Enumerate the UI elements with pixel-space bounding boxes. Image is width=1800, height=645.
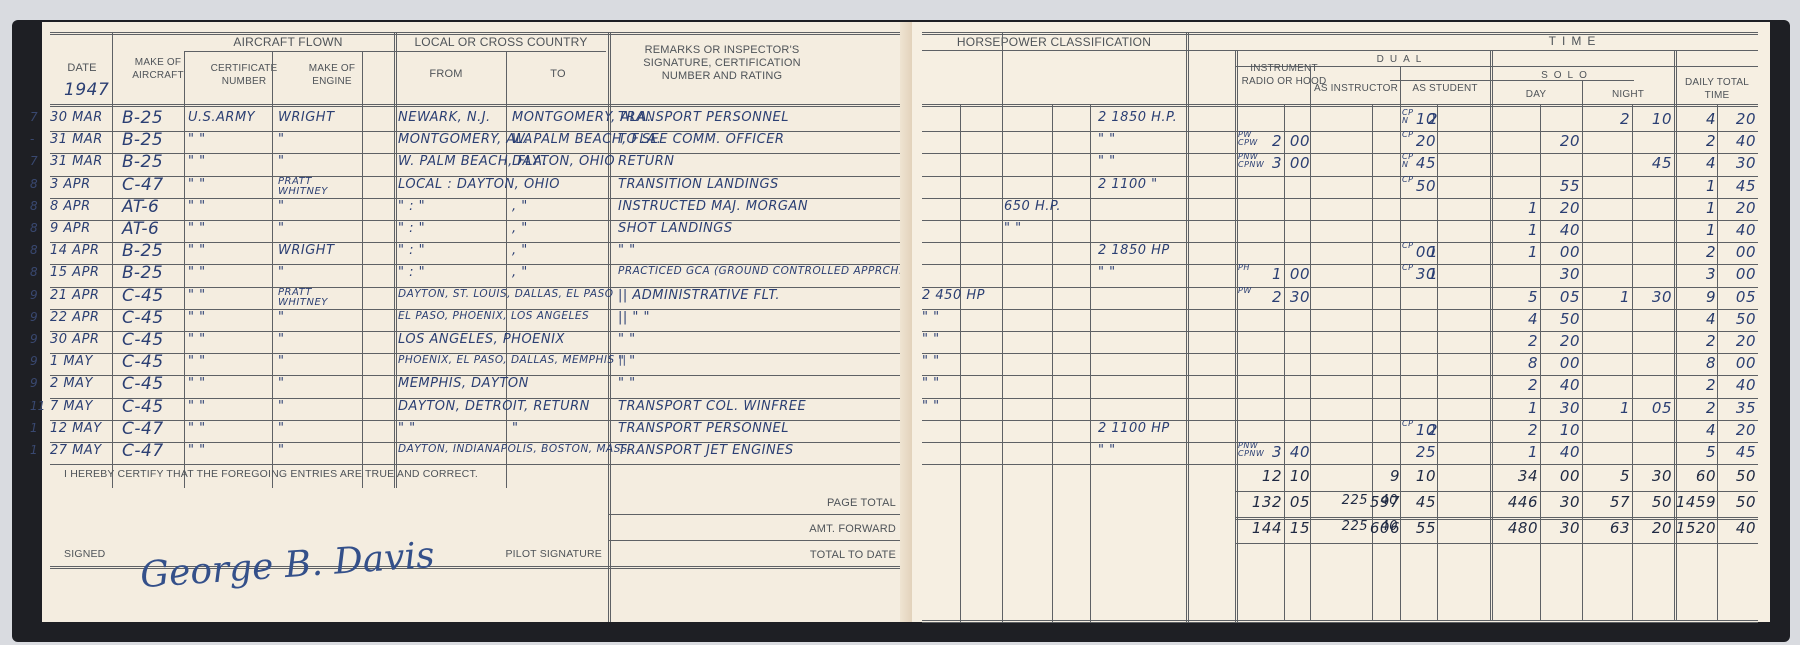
route-from: " : ": [398, 221, 425, 236]
solo-night-minutes: 30: [1634, 288, 1672, 306]
header-day: DAY: [1490, 88, 1582, 101]
instrument-minutes: 00: [1286, 265, 1310, 283]
certificate-number: " ": [188, 332, 206, 347]
rule: [922, 176, 1758, 177]
entry-date: 21 APR: [50, 288, 99, 303]
engine-make: ": [278, 376, 284, 391]
engine-make: ": [278, 399, 284, 414]
solo-day-hours: 8: [1496, 354, 1538, 372]
solo-day-minutes: 10: [1542, 421, 1580, 439]
route-from: LOCAL : DAYTON, OHIO: [398, 177, 560, 192]
solo-day-minutes: 20: [1542, 332, 1580, 350]
margin-mark: 9: [30, 376, 38, 390]
total-student-hours: 9: [1352, 467, 1400, 485]
route-from: EL PASO, PHOENIX, LOS ANGELES: [398, 310, 589, 322]
route-from: PHOENIX, EL PASO, DALLAS, MEMPHIS ||: [398, 354, 627, 366]
hp-450: " ": [922, 376, 1002, 391]
solo-day-hours: 2: [1496, 332, 1538, 350]
entry-date: 1 MAY: [50, 354, 93, 369]
total-night-minutes: 20: [1634, 519, 1672, 537]
hp-650: 650 H.P.: [1004, 199, 1094, 214]
total-night-hours: 57: [1584, 493, 1630, 511]
total-time-minutes: 50: [1718, 467, 1756, 485]
rule: [922, 153, 1758, 154]
rule: [1582, 80, 1583, 620]
student-minutes: 45: [1412, 154, 1436, 172]
margin-mark: 1: [30, 443, 38, 457]
entry-date: 30 MAR: [50, 110, 103, 125]
total-instrument-hours: 12: [1238, 467, 1282, 485]
remarks: || ADMINISTRATIVE FLT.: [618, 288, 780, 303]
daily-total-minutes: 50: [1718, 310, 1756, 328]
margin-mark: 9: [30, 354, 38, 368]
daily-total-minutes: 30: [1718, 154, 1756, 172]
entry-date: 8 APR: [50, 199, 91, 214]
solo-day-hours: 2: [1496, 421, 1538, 439]
total-day-hours: 480: [1492, 519, 1538, 537]
total-instrument-minutes: 15: [1286, 519, 1310, 537]
solo-night-minutes: 05: [1634, 399, 1672, 417]
aircraft-make: B-25: [122, 152, 163, 172]
total-night-minutes: 50: [1634, 493, 1672, 511]
right-page: HORSEPOWER CLASSIFICATION TIME INSTRUMEN…: [912, 22, 1770, 622]
route-from: NEWARK, N.J.: [398, 110, 491, 125]
remarks: TRANSPORT JET ENGINES: [618, 443, 794, 458]
remarks: RETURN: [618, 154, 674, 169]
certificate-number: " ": [188, 443, 206, 458]
margin-mark: -: [30, 132, 34, 146]
rule: [922, 375, 1758, 376]
daily-total-minutes: 20: [1718, 421, 1756, 439]
header-remarks: REMARKS OR INSPECTOR'S SIGNATURE, CERTIF…: [622, 44, 822, 83]
hp-450: " ": [922, 332, 1002, 347]
solo-day-minutes: 00: [1542, 243, 1580, 261]
rule: [922, 420, 1758, 421]
certificate-number: " ": [188, 310, 206, 325]
solo-day-minutes: 40: [1542, 443, 1580, 461]
year: 1947: [64, 80, 109, 100]
certificate-number: " ": [188, 376, 206, 391]
instrument-minutes: 00: [1286, 132, 1310, 150]
margin-mark: 7: [30, 110, 38, 124]
certificate-number: " ": [188, 221, 206, 236]
daily-total-minutes: 45: [1718, 177, 1756, 195]
remarks: PRACTICED GCA (GROUND CONTROLLED APPRCH.…: [618, 265, 907, 277]
instrument-minutes: 00: [1286, 154, 1310, 172]
total-time-hours: 1459: [1674, 493, 1716, 511]
daily-total-minutes: 05: [1718, 288, 1756, 306]
student-minutes: 20: [1412, 132, 1436, 150]
solo-night-minutes: 10: [1634, 110, 1672, 128]
engine-make: ": [278, 443, 284, 458]
route-to: , ": [512, 199, 528, 214]
daily-total-minutes: 00: [1718, 243, 1756, 261]
margin-mark: 9: [30, 288, 38, 302]
daily-total-hours: 4: [1678, 421, 1716, 439]
margin-mark: 11: [30, 399, 45, 413]
certificate-number: " ": [188, 421, 206, 436]
instrument-hours: 2: [1242, 288, 1282, 306]
rule: [50, 104, 906, 107]
rule: [1310, 66, 1311, 620]
solo-day-hours: 1: [1496, 443, 1538, 461]
daily-total-minutes: 40: [1718, 221, 1756, 239]
header-date: DATE: [56, 62, 108, 75]
daily-total-hours: 1: [1678, 177, 1716, 195]
aircraft-make: C-45: [122, 330, 164, 350]
entry-date: 2 MAY: [50, 376, 93, 391]
rule: [1052, 104, 1053, 622]
hp-1850: 2 1850 HP: [1098, 243, 1188, 258]
daily-total-hours: 3: [1678, 265, 1716, 283]
header-from: FROM: [394, 68, 498, 81]
rule: [50, 242, 906, 243]
rule: [184, 51, 185, 488]
hp-650: " ": [1004, 221, 1094, 236]
margin-mark: 8: [30, 265, 38, 279]
total-instrument-minutes: 10: [1286, 467, 1310, 485]
certificate-number: " ": [188, 177, 206, 192]
engine-make: PRATT WHITNEY: [278, 177, 358, 197]
route-from: " : ": [398, 265, 425, 280]
aircraft-make: C-45: [122, 374, 164, 394]
engine-make: ": [278, 199, 284, 214]
total-day-hours: 34: [1492, 467, 1538, 485]
daily-total-minutes: 40: [1718, 376, 1756, 394]
entry-date: 12 MAY: [50, 421, 102, 436]
remarks: || " ": [618, 310, 650, 325]
rule: [922, 50, 1758, 51]
remarks: TRANSPORT PERSONNEL: [618, 110, 789, 125]
total-night-minutes: 30: [1634, 467, 1672, 485]
route-from: LOS ANGELES, PHOENIX: [398, 332, 565, 347]
rule: [50, 464, 906, 465]
hp-1850: " ": [1098, 154, 1188, 169]
aircraft-make: B-25: [122, 241, 163, 261]
rule: [922, 242, 1758, 243]
daily-total-hours: 1: [1678, 221, 1716, 239]
remarks: " ": [618, 354, 636, 369]
route-from: " : ": [398, 243, 425, 258]
certificate-number: " ": [188, 243, 206, 258]
student-minutes: 50: [1412, 177, 1436, 195]
margin-mark: 7: [30, 154, 38, 168]
margin-mark: 9: [30, 310, 38, 324]
solo-day-hours: 2: [1496, 376, 1538, 394]
aircraft-make: C-45: [122, 352, 164, 372]
solo-day-minutes: 55: [1542, 177, 1580, 195]
entry-date: 31 MAR: [50, 132, 103, 147]
solo-day-minutes: 50: [1542, 310, 1580, 328]
daily-total-hours: 5: [1678, 443, 1716, 461]
total-day-minutes: 30: [1542, 519, 1580, 537]
certificate-number: " ": [188, 154, 206, 169]
remarks: " ": [618, 332, 636, 347]
engine-make: ": [278, 354, 284, 369]
margin-mark: 1: [30, 421, 38, 435]
solo-day-minutes: 05: [1542, 288, 1580, 306]
aircraft-make: C-45: [122, 286, 164, 306]
daily-total-hours: 2: [1678, 243, 1716, 261]
rule: [1235, 491, 1758, 492]
total-time-hours: 1520: [1674, 519, 1716, 537]
student-minutes: 25: [1412, 443, 1436, 461]
solo-day-minutes: 20: [1542, 199, 1580, 217]
total-time-minutes: 40: [1718, 519, 1756, 537]
student-minutes: 00: [1412, 243, 1436, 261]
rule: [922, 442, 1758, 443]
rule: [922, 131, 1758, 132]
rule: [922, 331, 1758, 332]
instrument-hours: 3: [1242, 154, 1282, 172]
route-to: , ": [512, 221, 528, 236]
header-horsepower: HORSEPOWER CLASSIFICATION: [922, 36, 1186, 49]
solo-day-minutes: 40: [1542, 221, 1580, 239]
daily-total-minutes: 20: [1718, 199, 1756, 217]
engine-make: ": [278, 265, 284, 280]
daily-total-minutes: 40: [1718, 132, 1756, 150]
daily-total-hours: 2: [1678, 399, 1716, 417]
route-from: DAYTON, ST. LOUIS, DALLAS, EL PASO: [398, 288, 614, 300]
solo-day-hours: 1: [1496, 199, 1538, 217]
certificate-number: U.S.ARMY: [188, 110, 255, 125]
route-from: DAYTON, INDIANAPOLIS, BOSTON, MASS.: [398, 443, 632, 455]
engine-make: WRIGHT: [278, 243, 335, 258]
entry-date: 27 MAY: [50, 443, 102, 458]
engine-make: WRIGHT: [278, 110, 335, 125]
total-night-hours: 63: [1584, 519, 1630, 537]
route-from: " : ": [398, 199, 425, 214]
hp-1850: 2 1100 ": [1098, 177, 1188, 192]
total-student-minutes: 10: [1412, 467, 1436, 485]
aircraft-make: C-45: [122, 397, 164, 417]
instrument-minutes: 30: [1286, 288, 1310, 306]
total-day-hours: 446: [1492, 493, 1538, 511]
certificate-number: " ": [188, 132, 206, 147]
entry-date: 9 APR: [50, 221, 91, 236]
engine-make: ": [278, 421, 284, 436]
hp-450: 2 450 HP: [922, 288, 1002, 303]
engine-make: PRATT WHITNEY: [278, 288, 358, 308]
solo-day-hours: 5: [1496, 288, 1538, 306]
margin-mark: 8: [30, 177, 38, 191]
margin-mark: 9: [30, 332, 38, 346]
solo-day-minutes: 30: [1542, 265, 1580, 283]
entry-date: 3 APR: [50, 177, 91, 192]
daily-total-hours: 4: [1678, 310, 1716, 328]
certificate-number: " ": [188, 354, 206, 369]
remarks: " ": [618, 376, 636, 391]
route-from: " ": [398, 421, 416, 436]
remarks: " ": [618, 243, 636, 258]
total-time-minutes: 50: [1718, 493, 1756, 511]
engine-make: ": [278, 154, 284, 169]
certificate-number: " ": [188, 199, 206, 214]
pilot-signature-label: PILOT SIGNATURE: [462, 548, 602, 561]
rule: [362, 51, 363, 488]
student-minutes: 10: [1412, 421, 1436, 439]
solo-day-minutes: 20: [1542, 132, 1580, 150]
header-solo: SOLO: [1492, 69, 1642, 82]
rule: [608, 514, 906, 515]
hp-1850: " ": [1098, 443, 1188, 458]
rule: [50, 220, 906, 221]
route-to: ": [512, 421, 518, 436]
rule: [922, 309, 1758, 310]
solo-day-hours: 1: [1496, 399, 1538, 417]
route-from: MEMPHIS, DAYTON: [398, 376, 529, 391]
daily-total-minutes: 45: [1718, 443, 1756, 461]
engine-make: ": [278, 310, 284, 325]
remarks: TRANSITION LANDINGS: [618, 177, 779, 192]
instrument-hours: 2: [1242, 132, 1282, 150]
daily-total-minutes: 00: [1718, 354, 1756, 372]
solo-night-hours: 2: [1586, 110, 1630, 128]
rule: [922, 353, 1758, 354]
entry-date: 31 MAR: [50, 154, 103, 169]
daily-total-hours: 2: [1678, 332, 1716, 350]
rule: [922, 464, 1758, 465]
daily-total-hours: 8: [1678, 354, 1716, 372]
total-student-minutes: 45: [1412, 493, 1436, 511]
solo-night-minutes: 45: [1634, 154, 1672, 172]
total-instrument-hours: 132: [1238, 493, 1282, 511]
entry-date: 22 APR: [50, 310, 99, 325]
engine-make: ": [278, 132, 284, 147]
total-instrument-minutes: 05: [1286, 493, 1310, 511]
certificate-number: " ": [188, 288, 206, 303]
hp-1850: " ": [1098, 132, 1188, 147]
route-to: , ": [512, 243, 528, 258]
solo-day-hours: 1: [1496, 221, 1538, 239]
instrument-minutes: 40: [1286, 443, 1310, 461]
hp-450: " ": [922, 354, 1002, 369]
total-day-minutes: 00: [1542, 467, 1580, 485]
header-night: NIGHT: [1582, 88, 1674, 101]
instrument-hours: 3: [1242, 443, 1282, 461]
rule: [272, 51, 273, 488]
rule: [922, 264, 1758, 265]
total-student-hours: 597: [1352, 493, 1400, 511]
certificate-number: " ": [188, 399, 206, 414]
aircraft-make: AT-6: [122, 219, 159, 239]
header-time: TIME: [1390, 35, 1760, 48]
certify-statement: I HEREBY CERTIFY THAT THE FOREGOING ENTR…: [64, 468, 584, 481]
page-total-label: PAGE TOTAL: [622, 497, 896, 510]
entry-date: 14 APR: [50, 243, 99, 258]
remarks: TRANSPORT PERSONNEL: [618, 421, 789, 436]
margin-mark: 8: [30, 221, 38, 235]
solo-night-hours: 1: [1586, 288, 1630, 306]
hp-450: " ": [922, 399, 1002, 414]
daily-total-hours: 4: [1678, 110, 1716, 128]
engine-make: ": [278, 332, 284, 347]
remarks: SHOT LANDINGS: [618, 221, 733, 236]
hp-1850: 2 1850 H.P.: [1098, 110, 1188, 125]
remarks: TO SEE COMM. OFFICER: [618, 132, 784, 147]
rule: [1235, 543, 1758, 544]
total-day-minutes: 30: [1542, 493, 1580, 511]
header-daily-total: DAILY TOTAL TIME: [1674, 76, 1760, 102]
solo-day-minutes: 30: [1542, 399, 1580, 417]
total-to-date-label: TOTAL TO DATE: [622, 549, 896, 562]
header-aircraft-flown: AIRCRAFT FLOWN: [184, 36, 392, 49]
header-as-student: AS STUDENT: [1400, 82, 1490, 95]
rule: [922, 398, 1758, 399]
entry-date: 30 APR: [50, 332, 99, 347]
route-to: , ": [512, 265, 528, 280]
rule: [922, 287, 1758, 288]
route-from: DAYTON, DETROIT, RETURN: [398, 399, 590, 414]
daily-total-minutes: 20: [1718, 110, 1756, 128]
aircraft-make: C-47: [122, 175, 164, 195]
rule: [506, 51, 507, 488]
student-minutes: 30: [1412, 265, 1436, 283]
total-student-minutes: 55: [1412, 519, 1436, 537]
remarks: TRANSPORT COL. WINFREE: [618, 399, 806, 414]
rule: [1400, 66, 1401, 620]
daily-total-minutes: 20: [1718, 332, 1756, 350]
entry-date: 15 APR: [50, 265, 99, 280]
header-local-or-cross-country: LOCAL OR CROSS COUNTRY: [394, 36, 608, 49]
entry-date: 7 MAY: [50, 399, 93, 414]
total-instrument-hours: 144: [1238, 519, 1282, 537]
aircraft-make: C-47: [122, 419, 164, 439]
daily-total-minutes: 00: [1718, 265, 1756, 283]
daily-total-hours: 4: [1678, 154, 1716, 172]
hp-1850: " ": [1098, 265, 1188, 280]
header-to: TO: [508, 68, 608, 81]
daily-total-minutes: 35: [1718, 399, 1756, 417]
signed-label: SIGNED: [64, 548, 144, 561]
engine-make: ": [278, 221, 284, 236]
solo-day-minutes: 00: [1542, 354, 1580, 372]
rule: [922, 620, 1758, 623]
rule: [1090, 104, 1091, 622]
daily-total-hours: 2: [1678, 132, 1716, 150]
aircraft-make: C-45: [122, 308, 164, 328]
aircraft-make: B-25: [122, 130, 163, 150]
instrument-hours: 1: [1242, 265, 1282, 283]
total-night-hours: 5: [1584, 467, 1630, 485]
daily-total-hours: 1: [1678, 199, 1716, 217]
hp-450: " ": [922, 310, 1002, 325]
student-minutes: 10: [1412, 110, 1436, 128]
left-page: DATE 1947 AIRCRAFT FLOWN MAKE OF AIRCRAF…: [42, 22, 912, 622]
header-certificate-number: CERTIFICATE NUMBER: [200, 62, 288, 88]
total-time-hours: 60: [1674, 467, 1716, 485]
total-student-hours: 606: [1352, 519, 1400, 537]
aircraft-make: C-47: [122, 441, 164, 461]
header-dual: DUAL: [1322, 53, 1482, 66]
hp-1850: 2 1100 HP: [1098, 421, 1188, 436]
daily-total-hours: 9: [1678, 288, 1716, 306]
margin-mark: 8: [30, 243, 38, 257]
certificate-number: " ": [188, 265, 206, 280]
aircraft-make: B-25: [122, 263, 163, 283]
solo-day-minutes: 40: [1542, 376, 1580, 394]
daily-total-hours: 2: [1678, 376, 1716, 394]
remarks: INSTRUCTED MAJ. MORGAN: [618, 199, 808, 214]
aircraft-make: AT-6: [122, 197, 159, 217]
header-make-of-engine: MAKE OF ENGINE: [292, 62, 372, 88]
margin-mark: 8: [30, 199, 38, 213]
rule: [1002, 32, 1003, 622]
solo-night-hours: 1: [1586, 399, 1630, 417]
solo-day-hours: 1: [1496, 243, 1538, 261]
amt-forward-label: AMT. FORWARD: [622, 523, 896, 536]
solo-day-hours: 4: [1496, 310, 1538, 328]
